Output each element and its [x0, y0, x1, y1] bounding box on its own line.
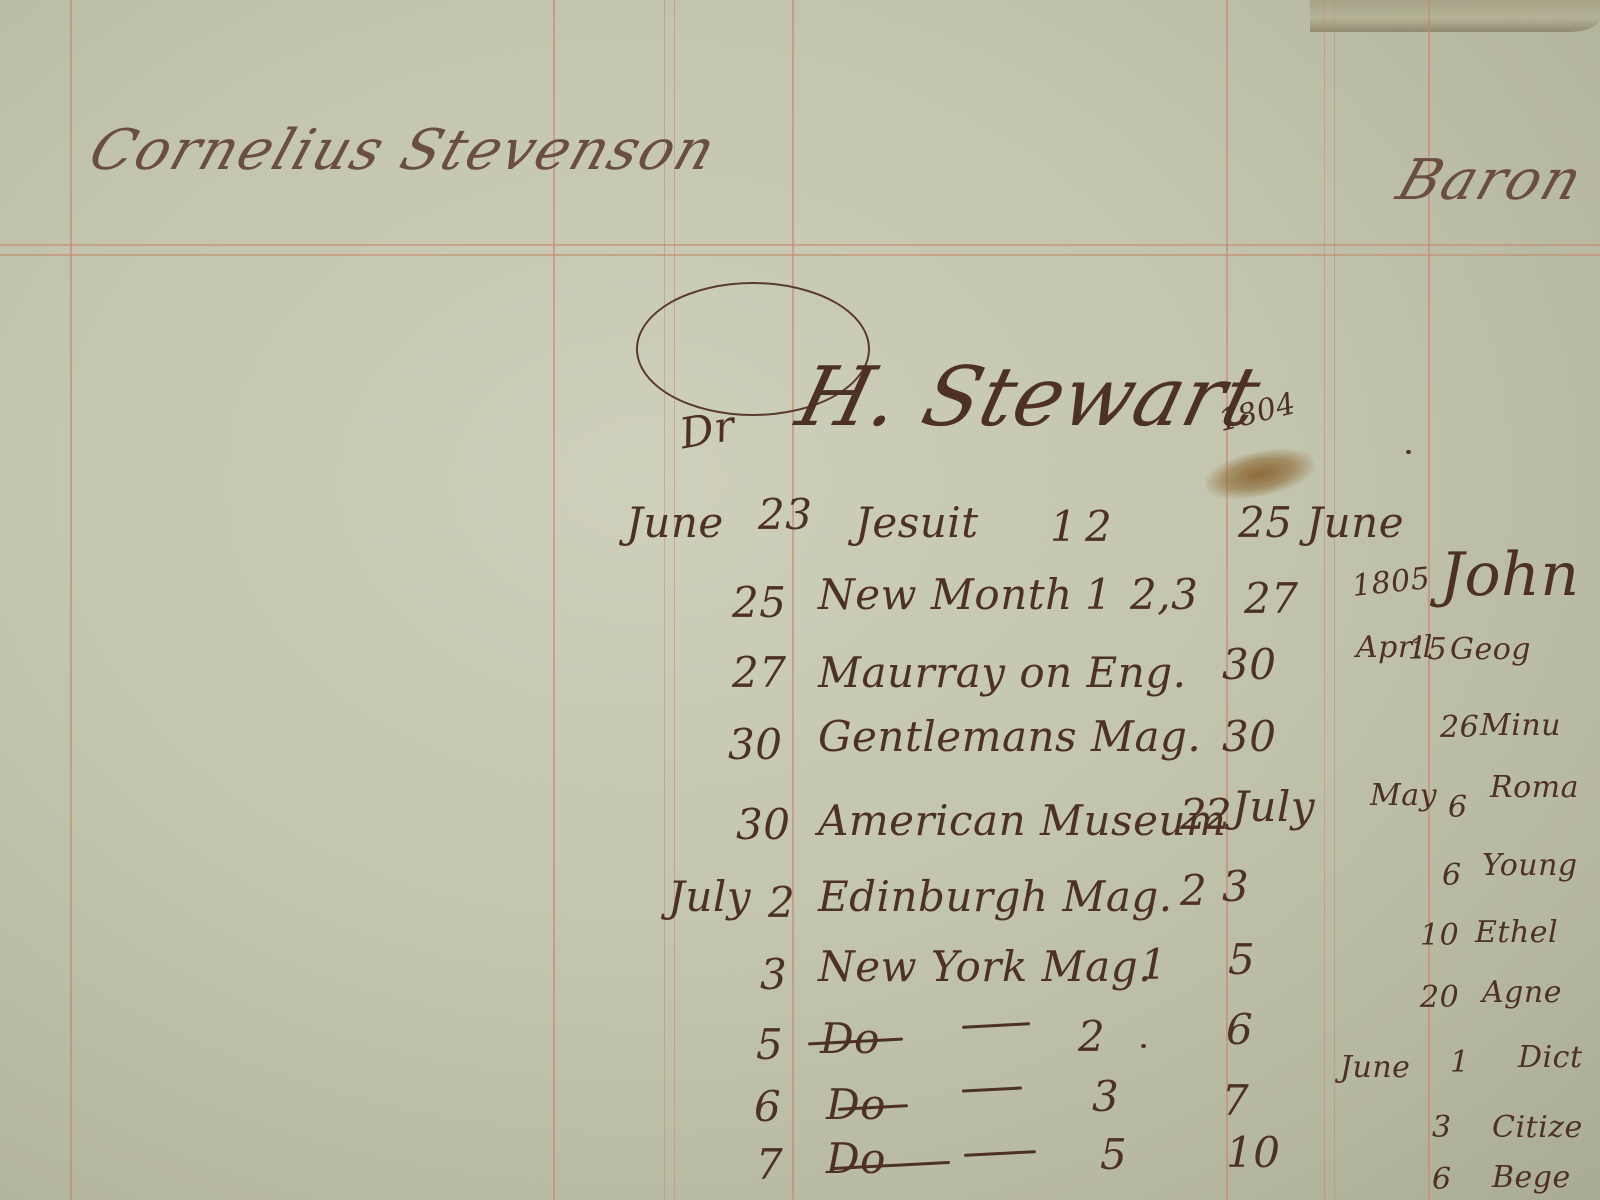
- side-entry-day: 1: [1450, 1045, 1470, 1080]
- ledger-page: Cornelius Stevenson Baron Dr H. Stewart …: [0, 0, 1600, 1200]
- rule-line-margin: [70, 0, 72, 1200]
- side-entry-day: 26: [1440, 710, 1479, 745]
- entry-item: Gentlemans Mag.: [818, 712, 1201, 761]
- entry-item: Jesuit: [855, 498, 979, 547]
- entry-price: 2,3: [1130, 570, 1198, 619]
- entry-return: 7: [1222, 1076, 1249, 1125]
- side-entry-item: Citize: [1492, 1110, 1583, 1145]
- rule-line-page-divider: [1334, 0, 1335, 1200]
- right-page-header-name: Baron: [1389, 148, 1591, 213]
- rule-line-page-divider: [1324, 0, 1325, 1200]
- side-entry-item: Minu: [1480, 708, 1561, 743]
- side-entry-month: May: [1370, 778, 1437, 813]
- entry-day: 30: [728, 720, 782, 769]
- side-entry-day: 6: [1432, 1162, 1452, 1197]
- side-entry-day: 6: [1448, 790, 1468, 825]
- entry-item: American Museum: [818, 796, 1226, 845]
- entry-item: Do: [826, 1080, 886, 1129]
- entry-qty: 2: [1180, 790, 1207, 839]
- entry-return: 25 June: [1238, 498, 1404, 547]
- entry-qty: 2: [1078, 1012, 1105, 1061]
- side-entry-item: Young: [1482, 848, 1578, 883]
- entry-item: New Month: [818, 570, 1073, 619]
- entry-day: 3: [760, 950, 787, 999]
- entry-day: 2: [768, 878, 795, 927]
- ditto-dash: [964, 1150, 1036, 1157]
- side-entry-item: Roma: [1490, 770, 1579, 805]
- entry-price: 2: [1205, 790, 1232, 839]
- entry-return: 30: [1222, 712, 1276, 761]
- side-entry-day: 15: [1408, 632, 1447, 667]
- entry-qty: 1: [1050, 502, 1077, 551]
- entry-qty: 1: [1140, 940, 1167, 989]
- entry-day: 30: [736, 800, 790, 849]
- rule-line-header: [0, 244, 1600, 246]
- ink-speck: [1406, 450, 1411, 454]
- entry-day: 6: [754, 1082, 781, 1131]
- side-entry-item: Bege: [1492, 1160, 1571, 1195]
- left-page-header-name: Cornelius Stevenson: [81, 118, 724, 183]
- entry-qty: 3: [1092, 1072, 1119, 1121]
- entry-month: July: [668, 872, 751, 921]
- side-entry-month: June: [1340, 1050, 1410, 1085]
- ditto-dash: [962, 1086, 1022, 1092]
- side-entry-item: Dict: [1518, 1040, 1583, 1075]
- side-entry-day: 3: [1432, 1110, 1452, 1145]
- side-account-name: John: [1440, 540, 1579, 610]
- entry-qty: 2: [1180, 866, 1207, 915]
- entry-return: 30: [1222, 640, 1276, 689]
- account-holder-name: H. Stewart: [788, 350, 1269, 445]
- entry-return: 6: [1226, 1005, 1253, 1054]
- entry-return: 3: [1222, 862, 1249, 911]
- rule-line-header: [0, 254, 1600, 256]
- entry-return: 5: [1228, 935, 1255, 984]
- entry-return: July: [1232, 782, 1315, 831]
- debtor-prefix: Dr: [676, 401, 738, 459]
- entry-day: 27: [732, 648, 786, 697]
- entry-item: Edinburgh Mag.: [818, 872, 1173, 921]
- entry-price: 2: [1085, 502, 1112, 551]
- entry-item: Do: [826, 1134, 886, 1183]
- side-account-year: 1805: [1350, 561, 1432, 604]
- side-entry-day: 10: [1420, 918, 1459, 953]
- entry-day: 7: [756, 1140, 783, 1189]
- entry-return: 27: [1244, 574, 1298, 623]
- ink-speck: [1141, 1044, 1146, 1048]
- entry-item: Maurray on Eng.: [818, 648, 1187, 697]
- side-entry-item: Agne: [1482, 975, 1562, 1010]
- entry-day: 23: [758, 490, 812, 539]
- side-entry-day: 20: [1420, 980, 1459, 1015]
- entry-day: 25: [732, 578, 786, 627]
- rule-line-column: [792, 0, 794, 1200]
- side-entry-day: 6: [1442, 858, 1462, 893]
- torn-binding-edge: [1310, 0, 1600, 32]
- entry-item: New York Mag.: [818, 942, 1152, 991]
- side-entry-item: Geog: [1450, 632, 1531, 667]
- entry-return: 10: [1226, 1128, 1280, 1177]
- entry-qty: 5: [1100, 1130, 1127, 1179]
- ditto-dash: [962, 1022, 1030, 1029]
- entry-qty: 1: [1085, 570, 1112, 619]
- side-entry-item: Ethel: [1475, 915, 1558, 950]
- entry-day: 5: [756, 1020, 783, 1069]
- entry-month: June: [626, 498, 724, 547]
